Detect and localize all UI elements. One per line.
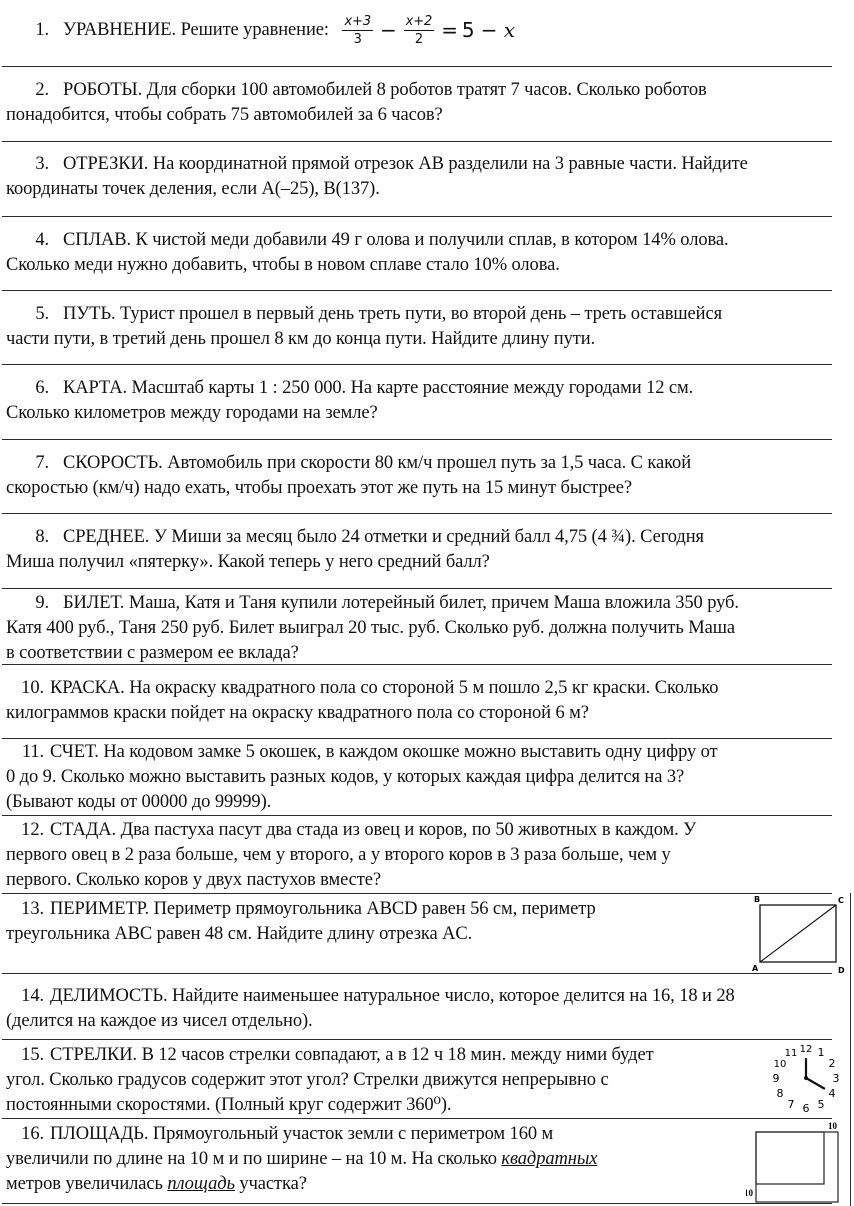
problem-text: На координатной прямой отрезок АВ раздел… bbox=[153, 154, 748, 174]
problem-number: 1. bbox=[6, 18, 63, 43]
problem-text: угол. Сколько градусов содержит этот уго… bbox=[6, 1068, 746, 1093]
problem-text: скоростью (км/ч) надо ехать, чтобы проех… bbox=[6, 476, 836, 501]
problem-text: У Миши за месяц было 24 отметки и средни… bbox=[154, 527, 704, 547]
divider bbox=[2, 141, 832, 142]
clock-numeral: 8 bbox=[777, 1087, 784, 1100]
label-a: A bbox=[752, 964, 759, 973]
problem-text: Миша получил «пятерку». Какой теперь у н… bbox=[6, 550, 836, 575]
problem-title: КРАСКА. bbox=[50, 678, 125, 698]
problem-16: 16.ПЛОЩАДЬ. Прямоугольный участок земли … bbox=[6, 1122, 746, 1197]
divider bbox=[2, 1203, 832, 1204]
clock-numeral: 12 bbox=[800, 1044, 813, 1055]
rhs-variable: x bbox=[504, 18, 515, 42]
label-top-10: 10 bbox=[828, 1121, 838, 1131]
problem-text: килограммов краски пойдет на окраску ква… bbox=[6, 701, 836, 726]
denominator: 2 bbox=[415, 31, 423, 47]
problem-text: Масштаб карты 1 : 250 000. На карте расс… bbox=[132, 378, 694, 398]
divider bbox=[2, 364, 832, 365]
clock-numeral: 9 bbox=[773, 1072, 780, 1085]
problem-number: 12. bbox=[6, 818, 50, 843]
problem-number: 4. bbox=[6, 228, 63, 253]
problem-number: 15. bbox=[6, 1043, 50, 1068]
label-left-10: 10 bbox=[746, 1188, 754, 1198]
emphasized-word: квадратных bbox=[501, 1149, 597, 1169]
problem-7: 7.СКОРОСТЬ. Автомобиль при скорости 80 к… bbox=[6, 451, 836, 501]
divider bbox=[2, 588, 832, 589]
problem-11: 11.СЧЕТ. На кодовом замке 5 окошек, в ка… bbox=[6, 740, 836, 815]
worksheet-page: 1.УРАВНЕНИЕ. Решите уравнение: x+3 3 − x… bbox=[0, 0, 854, 1206]
problem-number: 7. bbox=[6, 451, 63, 476]
problem-9: 9.БИЛЕТ. Маша, Катя и Таня купили лотере… bbox=[6, 591, 854, 666]
problem-text: в соответствии с размером ее вклада? bbox=[6, 641, 854, 666]
problem-title: ПЕРИМЕТР. bbox=[50, 899, 149, 919]
problem-text: Периметр прямоугольника ABCD равен 56 см… bbox=[154, 899, 596, 919]
problem-title: СТРЕЛКИ. bbox=[50, 1045, 137, 1065]
clock-numeral: 5 bbox=[818, 1098, 825, 1111]
label-c: C bbox=[838, 896, 844, 905]
clock-numeral: 11 bbox=[785, 1048, 798, 1059]
divider bbox=[2, 216, 832, 217]
divider bbox=[2, 973, 832, 974]
divider bbox=[2, 66, 832, 67]
problem-title: ПУТЬ. bbox=[63, 304, 116, 324]
problem-number: 6. bbox=[6, 376, 63, 401]
problem-13: 13.ПЕРИМЕТР. Периметр прямоугольника ABC… bbox=[6, 897, 746, 947]
problem-number: 2. bbox=[6, 78, 63, 103]
problem-2: 2.РОБОТЫ. Для сборки 100 автомобилей 8 р… bbox=[6, 78, 836, 128]
problem-title: УРАВНЕНИЕ. bbox=[63, 20, 176, 40]
problem-number: 5. bbox=[6, 302, 63, 327]
problem-text: участка? bbox=[235, 1174, 307, 1194]
emphasized-word: площадь bbox=[167, 1174, 235, 1194]
problem-text: увеличили по длине на 10 м и по ширине –… bbox=[6, 1149, 501, 1169]
problem-text: Катя 400 руб., Таня 250 руб. Билет выигр… bbox=[6, 616, 854, 641]
problem-title: СРЕДНЕЕ. bbox=[63, 527, 149, 547]
fraction-2: x+2 2 bbox=[404, 14, 435, 47]
problem-text: Маша, Катя и Таня купили лотерейный биле… bbox=[129, 593, 739, 613]
problem-text: треугольника ABC равен 48 см. Найдите дл… bbox=[6, 922, 746, 947]
problem-text: На окраску квадратного пола со стороной … bbox=[129, 678, 718, 698]
rhs-constant: 5 − bbox=[462, 18, 498, 42]
problem-text: 0 до 9. Сколько можно выставить разных к… bbox=[6, 765, 836, 790]
problem-12: 12.СТАДА. Два пастуха пасут два стада из… bbox=[6, 818, 836, 893]
problem-10: 10.КРАСКА. На окраску квадратного пола с… bbox=[6, 676, 836, 726]
label-b: B bbox=[754, 895, 760, 904]
problem-number: 9. bbox=[6, 591, 63, 616]
problem-text: Решите уравнение: bbox=[181, 20, 329, 40]
problem-text: координаты точек деления, если А(–25), В… bbox=[6, 177, 854, 202]
problem-8: 8.СРЕДНЕЕ. У Миши за месяц было 24 отмет… bbox=[6, 525, 836, 575]
problem-text: части пути, в третий день прошел 8 км до… bbox=[6, 327, 836, 352]
problem-14: 14.ДЕЛИМОСТЬ. Найдите наименьшее натурал… bbox=[6, 984, 836, 1034]
problem-title: ОТРЕЗКИ. bbox=[63, 154, 148, 174]
problem-5: 5.ПУТЬ. Турист прошел в первый день трет… bbox=[6, 302, 836, 352]
numerator: x+2 bbox=[404, 14, 435, 31]
clock-numeral: 3 bbox=[833, 1072, 840, 1085]
problem-title: СТАДА. bbox=[50, 820, 116, 840]
problem-15: 15.СТРЕЛКИ. В 12 часов стрелки совпадают… bbox=[6, 1043, 746, 1118]
problem-text: первого овец в 2 раза больше, чем у втор… bbox=[6, 843, 836, 868]
divider bbox=[2, 1039, 832, 1040]
equals-sign: = bbox=[441, 18, 458, 43]
problem-3: 3.ОТРЕЗКИ. На координатной прямой отрезо… bbox=[6, 152, 854, 202]
label-d: D bbox=[838, 966, 845, 974]
right-border bbox=[850, 893, 851, 1206]
clock-numeral: 2 bbox=[828, 1057, 835, 1070]
divider bbox=[2, 664, 832, 665]
divider bbox=[2, 738, 832, 739]
problem-title: СЧЕТ. bbox=[50, 742, 99, 762]
problem-title: ПЛОЩАДЬ. bbox=[50, 1124, 148, 1144]
problem-text: На кодовом замке 5 окошек, в каждом окош… bbox=[103, 742, 717, 762]
problem-text: Сколько километров между городами на зем… bbox=[6, 401, 836, 426]
numerator: x+3 bbox=[342, 14, 373, 31]
minus-sign: − bbox=[380, 18, 397, 43]
denominator: 3 bbox=[354, 31, 362, 47]
problem-text: К чистой меди добавили 49 г олова и полу… bbox=[136, 230, 729, 250]
clock-numeral: 10 bbox=[774, 1059, 787, 1070]
rectangle-abcd-diagram: B C A D bbox=[748, 894, 852, 974]
problem-text: Для сборки 100 автомобилей 8 роботов тра… bbox=[147, 80, 707, 100]
clock-numeral: 4 bbox=[828, 1087, 835, 1100]
enlarged-plot-diagram: 10 10 bbox=[746, 1120, 850, 1206]
problem-title: ДЕЛИМОСТЬ. bbox=[50, 986, 168, 1006]
clock-numeral: 1 bbox=[818, 1046, 825, 1059]
problem-text: понадобится, чтобы собрать 75 автомобиле… bbox=[6, 103, 836, 128]
problem-text: Два пастуха пасут два стада из овец и ко… bbox=[121, 820, 697, 840]
problem-1: 1.УРАВНЕНИЕ. Решите уравнение: x+3 3 − x… bbox=[6, 14, 836, 47]
problem-text: метров увеличилась bbox=[6, 1174, 167, 1194]
problem-title: СКОРОСТЬ. bbox=[63, 453, 163, 473]
problem-number: 8. bbox=[6, 525, 63, 550]
divider bbox=[2, 513, 832, 514]
problem-text: В 12 часов стрелки совпадают, а в 12 ч 1… bbox=[142, 1045, 654, 1065]
divider bbox=[2, 815, 832, 816]
problem-text: постоянными скоростями. (Полный круг сод… bbox=[6, 1093, 746, 1118]
problem-text: (делится на каждое из чисел отдельно). bbox=[6, 1009, 836, 1034]
problem-4: 4.СПЛАВ. К чистой меди добавили 49 г оло… bbox=[6, 228, 836, 278]
problem-text: первого. Сколько коров у двух пастухов в… bbox=[6, 868, 836, 893]
problem-number: 11. bbox=[6, 740, 50, 765]
problem-text: Турист прошел в первый день треть пути, … bbox=[120, 304, 722, 324]
clock-hand-pointing-4 bbox=[806, 1078, 824, 1089]
problem-number: 13. bbox=[6, 897, 50, 922]
problem-title: СПЛАВ. bbox=[63, 230, 131, 250]
problem-title: РОБОТЫ. bbox=[63, 80, 142, 100]
divider bbox=[2, 893, 832, 894]
right-hand-side: 5 − x bbox=[462, 18, 515, 43]
problem-text: Найдите наименьшее натуральное число, ко… bbox=[172, 986, 735, 1006]
problem-6: 6.КАРТА. Масштаб карты 1 : 250 000. На к… bbox=[6, 376, 836, 426]
equation: x+3 3 − x+2 2 = 5 − x bbox=[339, 14, 514, 47]
clock-numeral: 7 bbox=[788, 1098, 795, 1111]
divider bbox=[2, 290, 832, 291]
fraction-1: x+3 3 bbox=[342, 14, 373, 47]
clock-face-diagram: 121234567891011 bbox=[760, 1040, 850, 1118]
problem-title: БИЛЕТ. bbox=[63, 593, 124, 613]
problem-number: 14. bbox=[6, 984, 50, 1009]
problem-number: 16. bbox=[6, 1122, 50, 1147]
problem-text: (Бывают коды от 00000 до 99999). bbox=[6, 790, 836, 815]
problem-number: 10. bbox=[6, 676, 50, 701]
problem-number: 3. bbox=[6, 152, 63, 177]
problem-title: КАРТА. bbox=[63, 378, 127, 398]
divider bbox=[2, 439, 832, 440]
problem-text: Сколько меди нужно добавить, чтобы в нов… bbox=[6, 253, 836, 278]
problem-text: Прямоугольный участок земли с периметром… bbox=[153, 1124, 553, 1144]
divider bbox=[2, 1118, 832, 1119]
problem-text: Автомобиль при скорости 80 км/ч прошел п… bbox=[167, 453, 691, 473]
clock-center bbox=[804, 1076, 808, 1080]
clock-numeral: 6 bbox=[803, 1102, 810, 1115]
